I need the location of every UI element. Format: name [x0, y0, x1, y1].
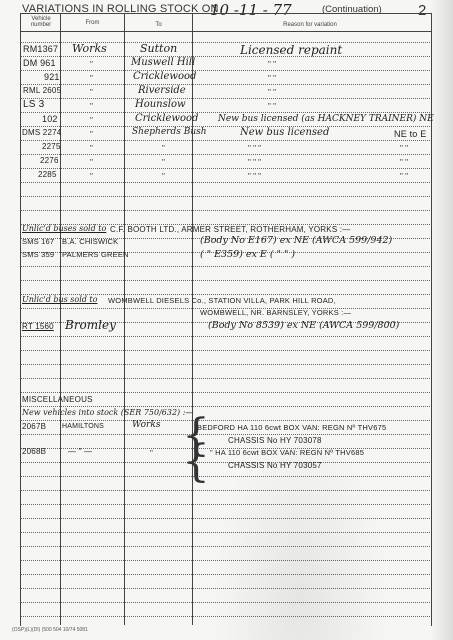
reason-value: " " ": [248, 158, 261, 167]
form-reference: (OSP)(L)(DI) (500 504 10/74 5081: [12, 627, 88, 633]
to-value: Works: [132, 420, 160, 430]
to-value: ": [150, 449, 153, 458]
reason-value: " ": [268, 74, 276, 83]
from-value: PALMERS GREEN: [62, 250, 129, 259]
vehicle-number: 2068B: [22, 447, 46, 456]
to-value: Sutton: [140, 42, 177, 55]
vehicle-number: 2276: [40, 156, 59, 165]
buyer-address-line2: WOMBWELL, NR. BARNSLEY, YORKS :—: [200, 308, 351, 317]
from-value: ": [90, 144, 93, 153]
from-value: ": [90, 158, 93, 167]
vehicle-number: 2067B: [22, 422, 46, 431]
vehicle-number: 2285: [38, 170, 57, 179]
from-value: ": [90, 172, 93, 181]
from-value: B.A. CHISWICK: [62, 237, 118, 246]
body-detail: (Body No E167) ex NE (AWCA 599/942): [200, 235, 392, 246]
reason-tail: " ": [400, 172, 408, 181]
vehicle-number: DM 961: [23, 58, 56, 68]
from-value: ": [90, 102, 93, 111]
from-value: — " —: [68, 447, 92, 456]
reason-value: " ": [268, 88, 276, 97]
reason-value: " ": [268, 60, 276, 69]
vehicle-number: RT 1560: [22, 322, 54, 331]
reason-tail: NE to E: [394, 129, 426, 139]
column-divider: [192, 13, 193, 625]
to-value: Shepherds Bush: [132, 127, 207, 137]
to-value: ": [162, 158, 165, 167]
to-value: Riverside: [138, 85, 186, 96]
reason-value: New bus licensed (as HACKNEY TRAINER) NE: [218, 114, 434, 124]
from-value: ": [90, 130, 93, 139]
vehicle-description: BEDFORD HA 110 6cwt BOX VAN: REGN Nº THV…: [197, 423, 386, 432]
chassis-number: CHASSIS No HY 703078: [228, 436, 322, 445]
chassis-number: CHASSIS No HY 703057: [228, 461, 322, 470]
reason-value: New bus licensed: [240, 127, 329, 138]
from-value: Works: [72, 42, 107, 55]
reason-value: " " ": [248, 144, 261, 153]
body-detail: (Body No 8539) ex NE (AWCA 599/800): [208, 320, 399, 331]
reason-value: " ": [268, 102, 276, 111]
to-value: ": [162, 144, 165, 153]
from-value: ": [90, 74, 93, 83]
sale-intro: Unlic'd bus sold to: [22, 295, 97, 304]
vehicle-number: 2275: [42, 142, 61, 151]
header-to: To: [125, 22, 192, 28]
column-divider: [60, 13, 61, 625]
from-value: Bromley: [65, 318, 116, 332]
from-value: ": [90, 60, 93, 69]
sale-intro: Unlic'd buses sold to: [22, 224, 106, 233]
vehicle-number: 921: [44, 72, 60, 82]
vehicle-description: " HA 110 6cwt BOX VAN: REGN Nº THV685: [210, 448, 364, 457]
to-value: Cricklewood: [135, 113, 198, 124]
to-value: Hounslow: [135, 99, 186, 110]
reason-tail: " ": [400, 158, 408, 167]
vehicle-number: RM1367: [23, 44, 58, 54]
section-intro: New vehicles into stock (SER 750/632) :—: [22, 408, 193, 417]
header-from: From: [61, 20, 124, 26]
reason-value: Licensed repaint: [240, 43, 342, 57]
from-value: ": [90, 88, 93, 97]
to-value: Muswell Hill: [131, 57, 195, 68]
vehicle-number: DMS 2274: [22, 128, 61, 137]
buyer-address: WOMBWELL DIESELS Co., STATION VILLA, PAR…: [108, 296, 336, 305]
vehicle-number: SMS 167: [22, 237, 54, 246]
document-page: VARIATIONS IN ROLLING STOCK ON 10 -11 - …: [0, 0, 453, 640]
reason-value: " " ": [248, 172, 261, 181]
column-divider: [124, 13, 125, 625]
from-value: HAMILTONS: [62, 423, 104, 430]
vehicle-number: SMS 359: [22, 250, 54, 259]
to-value: Cricklewood: [133, 71, 196, 82]
header-divider: [20, 31, 431, 32]
vehicle-number: LS 3: [23, 99, 44, 110]
vehicle-number: RML 2605: [23, 86, 61, 95]
header-vehicle: Vehicle number: [22, 16, 60, 28]
buyer-address: C.F. BOOTH LTD., ARMER STREET, ROTHERHAM…: [110, 225, 350, 234]
to-value: ": [162, 172, 165, 181]
brace-icon: {: [182, 440, 210, 484]
vehicle-number: 102: [42, 114, 58, 124]
section-heading: MISCELLANEOUS: [22, 395, 93, 404]
reason-tail: " ": [400, 144, 408, 153]
header-reason: Reason for variation: [250, 22, 370, 28]
from-value: ": [90, 116, 93, 125]
body-detail: ( " E359) ex E ( " " ): [200, 249, 295, 260]
